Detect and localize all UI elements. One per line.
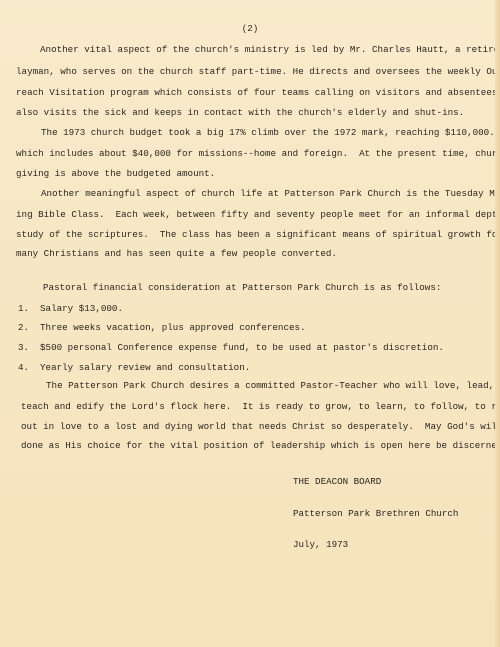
list-item: Salary $13,000.: [40, 303, 123, 314]
paragraph-line: study of the scriptures. The class has b…: [16, 229, 500, 240]
paragraph-line: also visits the sick and keeps in contac…: [16, 107, 464, 118]
paragraph-line: Another meaningful aspect of church life…: [41, 188, 500, 199]
paragraph-line: which includes about $40,000 for mission…: [16, 148, 500, 159]
list-number: 4.: [18, 362, 29, 373]
paragraph-line: Pastoral financial consideration at Patt…: [43, 282, 441, 293]
paragraph-line: out in love to a lost and dying world th…: [21, 421, 500, 432]
paragraph-line: giving is above the budgeted amount.: [16, 168, 215, 179]
signature-church: Patterson Park Brethren Church: [293, 509, 458, 520]
signature-board: THE DEACON BOARD: [293, 477, 458, 488]
document-page: (2) Another vital aspect of the church's…: [0, 0, 500, 647]
page-number: (2): [0, 23, 500, 34]
paragraph-line: many Christians and has seen quite a few…: [16, 248, 337, 259]
list-item: $500 personal Conference expense fund, t…: [40, 342, 444, 353]
list-number: 2.: [18, 322, 29, 333]
list-item: Yearly salary review and consultation.: [40, 362, 250, 373]
paragraph-line: teach and edify the Lord's flock here. I…: [21, 401, 500, 412]
paragraph-line: The Patterson Park Church desires a comm…: [46, 380, 494, 391]
paragraph-line: The 1973 church budget took a big 17% cl…: [41, 127, 500, 138]
paragraph-line: done as His choice for the vital positio…: [21, 440, 500, 451]
paragraph-line: ing Bible Class. Each week, between fift…: [16, 209, 500, 220]
paragraph-line: reach Visitation program which consists …: [16, 87, 500, 98]
list-item: Three weeks vacation, plus approved conf…: [40, 322, 306, 333]
list-number: 3.: [18, 342, 29, 353]
signature-date: July, 1973: [293, 540, 458, 551]
list-number: 1.: [18, 303, 29, 314]
paragraph-line: Another vital aspect of the church's min…: [40, 44, 500, 55]
paragraph-line: layman, who serves on the church staff p…: [16, 66, 500, 77]
signature-block: THE DEACON BOARD Patterson Park Brethren…: [293, 456, 458, 572]
